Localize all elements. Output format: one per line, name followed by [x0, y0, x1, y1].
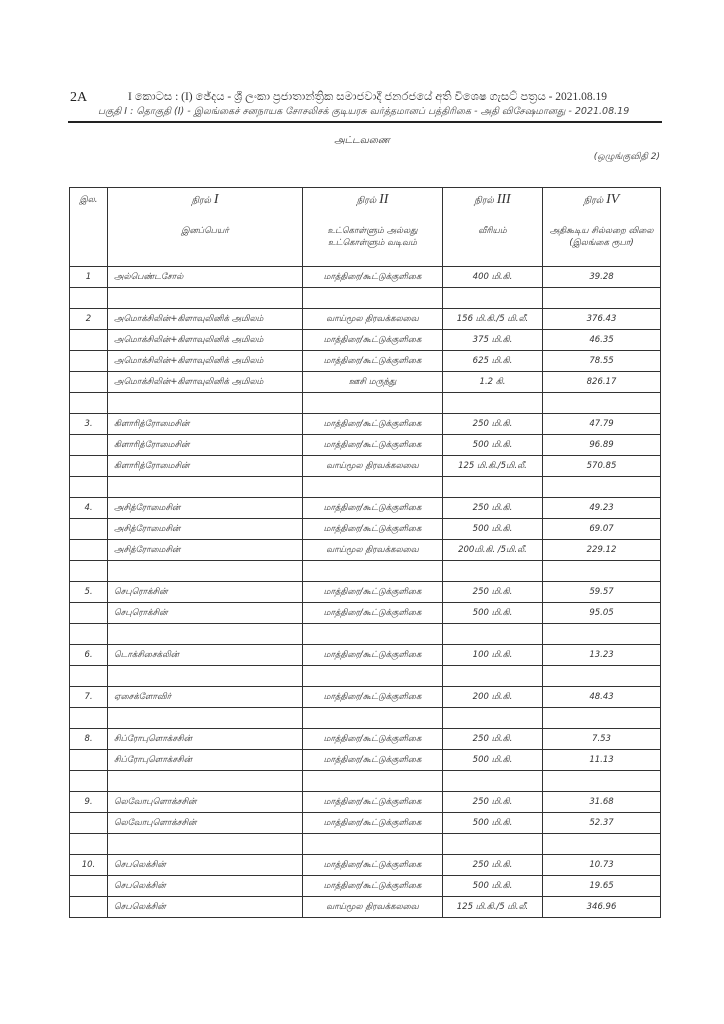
max-retail-price-cell: 10.73: [543, 855, 661, 876]
max-retail-price-cell: 47.79: [543, 414, 661, 435]
table-row: செபலெக்சின்மாத்திரை/கூட்டுக்குளிகை500 மி…: [70, 876, 661, 897]
strength-cell: 200மி.கி. /5மி.லீ.: [443, 540, 543, 561]
dosage-form-cell: மாத்திரை/கூட்டுக்குளிகை: [303, 855, 443, 876]
drug-name-cell: டொக்சிசைக்லின்: [108, 645, 303, 666]
drug-name-cell: [108, 477, 303, 498]
row-number-cell: [70, 708, 108, 729]
dosage-form-cell: மாத்திரை/கூட்டுக்குளிகை: [303, 792, 443, 813]
table-row-spacer: [70, 771, 661, 792]
row-number-cell: 6.: [70, 645, 108, 666]
dosage-form-cell: மாத்திரை/கூட்டுக்குளிகை: [303, 876, 443, 897]
strength-cell: [443, 624, 543, 645]
row-number-cell: [70, 561, 108, 582]
dosage-form-cell: மாத்திரை/கூட்டுக்குளிகை: [303, 330, 443, 351]
row-number-cell: 1: [70, 267, 108, 288]
max-retail-price-cell: [543, 771, 661, 792]
max-retail-price-cell: 69.07: [543, 519, 661, 540]
strength-cell: [443, 288, 543, 309]
dosage-form-cell: மாத்திரை/கூட்டுக்குளிகை: [303, 519, 443, 540]
table-row-spacer: [70, 561, 661, 582]
max-retail-price-cell: [543, 561, 661, 582]
table-row: அமொக்சிலின்+கிளாவுலினிக் அமிலம்மாத்திரை/…: [70, 330, 661, 351]
strength-cell: 250 மி.கி.: [443, 414, 543, 435]
row-number-cell: [70, 330, 108, 351]
strength-cell: [443, 666, 543, 687]
dosage-form-cell: [303, 393, 443, 414]
drug-name-cell: சிப்ரோபுளொக்சசின்: [108, 729, 303, 750]
table-header-row: இல. நிரல் I இனப்பெயர் நிரல் II உட்கொள்ளு…: [70, 188, 661, 267]
max-retail-price-cell: 570.85: [543, 456, 661, 477]
row-number-cell: [70, 876, 108, 897]
drug-name-cell: அசித்ரோமைசின்: [108, 540, 303, 561]
table-row-spacer: [70, 834, 661, 855]
row-number-cell: [70, 393, 108, 414]
table-row-spacer: [70, 708, 661, 729]
table-row: 6.டொக்சிசைக்லின்மாத்திரை/கூட்டுக்குளிகை1…: [70, 645, 661, 666]
table-row: 10.செபலெக்சின்மாத்திரை/கூட்டுக்குளிகை250…: [70, 855, 661, 876]
price-schedule-table: இல. நிரல் I இனப்பெயர் நிரல் II உட்கொள்ளு…: [69, 187, 661, 918]
row-number-cell: 2: [70, 309, 108, 330]
dosage-form-cell: [303, 666, 443, 687]
table-row: 5.செபுரொக்சின்மாத்திரை/கூட்டுக்குளிகை250…: [70, 582, 661, 603]
table-row-spacer: [70, 666, 661, 687]
table-row-spacer: [70, 624, 661, 645]
table-row: 3.கிளாரித்ரோமைசின்மாத்திரை/கூட்டுக்குளிக…: [70, 414, 661, 435]
max-retail-price-cell: 31.68: [543, 792, 661, 813]
max-retail-price-cell: 78.55: [543, 351, 661, 372]
drug-name-cell: [108, 666, 303, 687]
table-row: அமொக்சிலின்+கிளாவுலினிக் அமிலம்ஊசி மருந்…: [70, 372, 661, 393]
row-number-cell: [70, 897, 108, 918]
drug-name-cell: ஏசைக்ளோவிர்: [108, 687, 303, 708]
strength-cell: [443, 771, 543, 792]
max-retail-price-cell: 39.28: [543, 267, 661, 288]
drug-name-cell: அமொக்சிலின்+கிளாவுலினிக் அமிலம்: [108, 309, 303, 330]
table-row: அசித்ரோமைசின்வாய்மூல திரவக்கலவை200மி.கி.…: [70, 540, 661, 561]
dosage-form-cell: [303, 561, 443, 582]
table-row-spacer: [70, 477, 661, 498]
strength-cell: 250 மி.கி.: [443, 855, 543, 876]
row-number-cell: [70, 351, 108, 372]
table-row: கிளாரித்ரோமைசின்மாத்திரை/கூட்டுக்குளிகை5…: [70, 435, 661, 456]
drug-name-cell: செபுரொக்சின்: [108, 603, 303, 624]
max-retail-price-cell: 46.35: [543, 330, 661, 351]
row-number-cell: 3.: [70, 414, 108, 435]
column-header-dosage-form: நிரல் II உட்கொள்ளும் அல்லது உட்கொள்ளும் …: [303, 188, 443, 267]
row-number-cell: [70, 750, 108, 771]
dosage-form-cell: [303, 477, 443, 498]
row-number-cell: [70, 834, 108, 855]
drug-name-cell: செபலெக்சின்: [108, 897, 303, 918]
table-row: 2அமொக்சிலின்+கிளாவுலினிக் அமிலம்வாய்மூல …: [70, 309, 661, 330]
max-retail-price-cell: [543, 288, 661, 309]
dosage-form-cell: மாத்திரை/கூட்டுக்குளிகை: [303, 498, 443, 519]
strength-cell: 100 மி.கி.: [443, 645, 543, 666]
row-number-cell: 9.: [70, 792, 108, 813]
gazette-header-tamil: பகுதி I : தொகுதி (I) - இலங்கைச் சனநாயக ச…: [98, 106, 668, 118]
max-retail-price-cell: 826.17: [543, 372, 661, 393]
drug-name-cell: செபலெக்சின்: [108, 876, 303, 897]
row-number-cell: [70, 603, 108, 624]
drug-name-cell: லெவோபுளொக்சசின்: [108, 813, 303, 834]
dosage-form-cell: வாய்மூல திரவக்கலவை: [303, 897, 443, 918]
dosage-form-cell: வாய்மூல திரவக்கலவை: [303, 456, 443, 477]
strength-cell: 500 மி.கி.: [443, 603, 543, 624]
row-number-cell: [70, 666, 108, 687]
row-number-cell: [70, 519, 108, 540]
table-row: 8.சிப்ரோபுளொக்சசின்மாத்திரை/கூட்டுக்குளி…: [70, 729, 661, 750]
dosage-form-cell: மாத்திரை/கூட்டுக்குளிகை: [303, 603, 443, 624]
gazette-header-sinhala: I කොටස : (I) ඡේදය - ශ්‍රී ලංකා ප්‍රජාතාන…: [128, 91, 668, 104]
max-retail-price-cell: [543, 393, 661, 414]
strength-cell: 375 மி.கி.: [443, 330, 543, 351]
strength-cell: 125 மி.கி./5 மி.லீ.: [443, 897, 543, 918]
max-retail-price-cell: [543, 834, 661, 855]
table-row: செபலெக்சின்வாய்மூல திரவக்கலவை125 மி.கி./…: [70, 897, 661, 918]
strength-cell: [443, 561, 543, 582]
table-row: 4.அசித்ரோமைசின்மாத்திரை/கூட்டுக்குளிகை25…: [70, 498, 661, 519]
dosage-form-cell: மாத்திரை/கூட்டுக்குளிகை: [303, 414, 443, 435]
strength-cell: [443, 477, 543, 498]
row-number-cell: [70, 288, 108, 309]
max-retail-price-cell: 229.12: [543, 540, 661, 561]
strength-cell: 250 மி.கி.: [443, 729, 543, 750]
row-number-cell: 4.: [70, 498, 108, 519]
drug-name-cell: அமொக்சிலின்+கிளாவுலினிக் அமிலம்: [108, 330, 303, 351]
drug-name-cell: [108, 561, 303, 582]
max-retail-price-cell: 13.23: [543, 645, 661, 666]
table-row: கிளாரித்ரோமைசின்வாய்மூல திரவக்கலவை125 மி…: [70, 456, 661, 477]
max-retail-price-cell: [543, 624, 661, 645]
table-row: 9.லெவோபுளொக்சசின்மாத்திரை/கூட்டுக்குளிகை…: [70, 792, 661, 813]
max-retail-price-cell: 346.96: [543, 897, 661, 918]
row-number-cell: 10.: [70, 855, 108, 876]
max-retail-price-cell: [543, 477, 661, 498]
drug-name-cell: அல்பெண்டசோல்: [108, 267, 303, 288]
drug-name-cell: கிளாரித்ரோமைசின்: [108, 456, 303, 477]
dosage-form-cell: வாய்மூல திரவக்கலவை: [303, 540, 443, 561]
drug-name-cell: செபுரொக்சின்: [108, 582, 303, 603]
strength-cell: 156 மி.கி./5 மி.லீ.: [443, 309, 543, 330]
dosage-form-cell: மாத்திரை/கூட்டுக்குளிகை: [303, 267, 443, 288]
drug-name-cell: சிப்ரோபுளொக்சசின்: [108, 750, 303, 771]
table-row: 7.ஏசைக்ளோவிர்மாத்திரை/கூட்டுக்குளிகை200 …: [70, 687, 661, 708]
row-number-cell: [70, 771, 108, 792]
drug-name-cell: அமொக்சிலின்+கிளாவுலினிக் அமிலம்: [108, 372, 303, 393]
strength-cell: 500 மி.கி.: [443, 876, 543, 897]
table-row: 1அல்பெண்டசோல்மாத்திரை/கூட்டுக்குளிகை400 …: [70, 267, 661, 288]
dosage-form-cell: மாத்திரை/கூட்டுக்குளிகை: [303, 687, 443, 708]
drug-name-cell: [108, 834, 303, 855]
max-retail-price-cell: 48.43: [543, 687, 661, 708]
regulation-reference: (ஒழுங்குவிதி 2): [594, 152, 660, 163]
drug-name-cell: செபலெக்சின்: [108, 855, 303, 876]
max-retail-price-cell: 49.23: [543, 498, 661, 519]
strength-cell: 400 மி.கி.: [443, 267, 543, 288]
row-number-cell: [70, 456, 108, 477]
max-retail-price-cell: 7.53: [543, 729, 661, 750]
dosage-form-cell: மாத்திரை/கூட்டுக்குளிகை: [303, 582, 443, 603]
max-retail-price-cell: 376.43: [543, 309, 661, 330]
drug-name-cell: அசித்ரோமைசின்: [108, 519, 303, 540]
column-header-max-retail-price: நிரல் IV அதிகூடிய சில்லறை விலை (இலங்கை ர…: [543, 188, 661, 267]
dosage-form-cell: [303, 288, 443, 309]
drug-name-cell: கிளாரித்ரோமைசின்: [108, 435, 303, 456]
max-retail-price-cell: 19.65: [543, 876, 661, 897]
dosage-form-cell: மாத்திரை/கூட்டுக்குளிகை: [303, 351, 443, 372]
strength-cell: 125 மி.கி./5மி.லீ.: [443, 456, 543, 477]
row-number-cell: [70, 372, 108, 393]
dosage-form-cell: மாத்திரை/கூட்டுக்குளிகை: [303, 729, 443, 750]
table-body: 1அல்பெண்டசோல்மாத்திரை/கூட்டுக்குளிகை400 …: [70, 267, 661, 918]
strength-cell: 500 மி.கி.: [443, 813, 543, 834]
max-retail-price-cell: 52.37: [543, 813, 661, 834]
drug-name-cell: [108, 288, 303, 309]
max-retail-price-cell: 11.13: [543, 750, 661, 771]
dosage-form-cell: ஊசி மருந்து: [303, 372, 443, 393]
max-retail-price-cell: 95.05: [543, 603, 661, 624]
max-retail-price-cell: [543, 666, 661, 687]
strength-cell: 500 மி.கி.: [443, 435, 543, 456]
dosage-form-cell: மாத்திரை/கூட்டுக்குளிகை: [303, 813, 443, 834]
drug-name-cell: [108, 624, 303, 645]
max-retail-price-cell: [543, 708, 661, 729]
schedule-title: அட்டவணை: [0, 135, 724, 147]
strength-cell: [443, 834, 543, 855]
table-row: சிப்ரோபுளொக்சசின்மாத்திரை/கூட்டுக்குளிகை…: [70, 750, 661, 771]
table-row-spacer: [70, 393, 661, 414]
strength-cell: 625 மி.கி.: [443, 351, 543, 372]
row-number-cell: [70, 624, 108, 645]
drug-name-cell: [108, 771, 303, 792]
dosage-form-cell: மாத்திரை/கூட்டுக்குளிகை: [303, 750, 443, 771]
drug-name-cell: லெவோபுளொக்சசின்: [108, 792, 303, 813]
table-row: செபுரொக்சின்மாத்திரை/கூட்டுக்குளிகை500 ம…: [70, 603, 661, 624]
strength-cell: 200 மி.கி.: [443, 687, 543, 708]
strength-cell: 1.2 கி.: [443, 372, 543, 393]
dosage-form-cell: மாத்திரை/கூட்டுக்குளிகை: [303, 435, 443, 456]
dosage-form-cell: [303, 834, 443, 855]
max-retail-price-cell: 96.89: [543, 435, 661, 456]
row-number-cell: 5.: [70, 582, 108, 603]
drug-name-cell: [108, 393, 303, 414]
dosage-form-cell: மாத்திரை/கூட்டுக்குளிகை: [303, 645, 443, 666]
strength-cell: 250 மி.கி.: [443, 792, 543, 813]
strength-cell: 500 மி.கி.: [443, 519, 543, 540]
table-row: லெவோபுளொக்சசின்மாத்திரை/கூட்டுக்குளிகை50…: [70, 813, 661, 834]
dosage-form-cell: [303, 771, 443, 792]
max-retail-price-cell: 59.57: [543, 582, 661, 603]
column-header-number: இல.: [70, 188, 108, 267]
table-row: அசித்ரோமைசின்மாத்திரை/கூட்டுக்குளிகை500 …: [70, 519, 661, 540]
dosage-form-cell: வாய்மூல திரவக்கலவை: [303, 309, 443, 330]
row-number-cell: [70, 540, 108, 561]
drug-name-cell: கிளாரித்ரோமைசின்: [108, 414, 303, 435]
drug-name-cell: [108, 708, 303, 729]
column-header-strength: நிரல் III வீரியம்: [443, 188, 543, 267]
row-number-cell: [70, 477, 108, 498]
drug-name-cell: அமொக்சிலின்+கிளாவுலினிக் அமிலம்: [108, 351, 303, 372]
header-divider: [68, 121, 662, 123]
strength-cell: [443, 393, 543, 414]
row-number-cell: 7.: [70, 687, 108, 708]
table-row: அமொக்சிலின்+கிளாவுலினிக் அமிலம்மாத்திரை/…: [70, 351, 661, 372]
row-number-cell: [70, 435, 108, 456]
row-number-cell: 8.: [70, 729, 108, 750]
strength-cell: 500 மி.கி.: [443, 750, 543, 771]
dosage-form-cell: [303, 708, 443, 729]
drug-name-cell: அசித்ரோமைசின்: [108, 498, 303, 519]
strength-cell: 250 மி.கி.: [443, 498, 543, 519]
column-header-generic-name: நிரல் I இனப்பெயர்: [108, 188, 303, 267]
page-number: 2A: [70, 90, 87, 106]
table-row-spacer: [70, 288, 661, 309]
dosage-form-cell: [303, 624, 443, 645]
row-number-cell: [70, 813, 108, 834]
strength-cell: 250 மி.கி.: [443, 582, 543, 603]
strength-cell: [443, 708, 543, 729]
